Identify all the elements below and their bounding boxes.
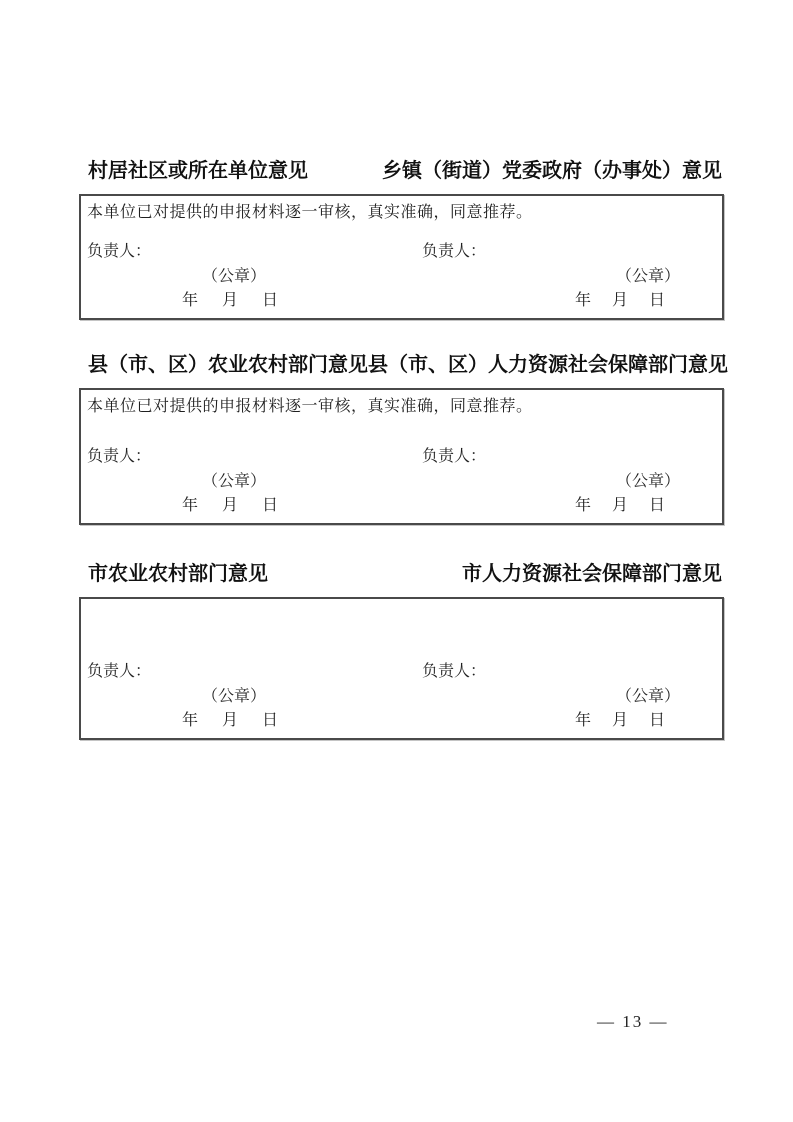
section-left-title: 县（市、区）农业农村部门意见 bbox=[88, 352, 368, 378]
section-headers: 市农业农村部门意见 市人力资源社会保障部门意见 bbox=[79, 561, 724, 587]
opinion-box: 本单位已对提供的申报材料逐一审核，真实准确，同意推荐。 负责人： 负责人： （公… bbox=[79, 388, 724, 525]
leader-label-right: 负责人： bbox=[422, 242, 486, 262]
leader-label-right: 负责人： bbox=[422, 662, 486, 682]
year-label: 年 bbox=[575, 496, 591, 516]
year-label: 年 bbox=[182, 496, 198, 516]
leader-label-left: 负责人： bbox=[87, 662, 151, 682]
leader-label-right: 负责人： bbox=[422, 447, 486, 467]
month-label: 月 bbox=[612, 496, 628, 516]
date-line-right: 年 月 日 bbox=[575, 291, 665, 311]
section-right-title: 乡镇（街道）党委政府（办事处）意见 bbox=[382, 158, 722, 184]
document-page: 村居社区或所在单位意见 乡镇（街道）党委政府（办事处）意见 本单位已对提供的申报… bbox=[0, 0, 793, 1122]
month-label: 月 bbox=[222, 711, 238, 731]
review-statement: 本单位已对提供的申报材料逐一审核，真实准确，同意推荐。 bbox=[87, 396, 716, 418]
page-number: — 13 — bbox=[597, 1012, 669, 1032]
opinion-section-village-township: 村居社区或所在单位意见 乡镇（街道）党委政府（办事处）意见 本单位已对提供的申报… bbox=[79, 158, 724, 320]
month-label: 月 bbox=[612, 711, 628, 731]
month-label: 月 bbox=[612, 291, 628, 311]
seal-label-right: （公章） bbox=[616, 267, 680, 287]
opinion-section-municipal: 市农业农村部门意见 市人力资源社会保障部门意见 负责人： 负责人： （公章） （… bbox=[79, 561, 724, 740]
section-right-title: 市人力资源社会保障部门意见 bbox=[462, 561, 722, 587]
section-left-title: 市农业农村部门意见 bbox=[88, 561, 268, 587]
seal-label-right: （公章） bbox=[616, 472, 680, 492]
month-label: 月 bbox=[222, 291, 238, 311]
section-left-title: 村居社区或所在单位意见 bbox=[88, 158, 308, 184]
date-line-right: 年 月 日 bbox=[575, 496, 665, 516]
section-headers: 县（市、区）农业农村部门意见 县（市、区）人力资源社会保障部门意见 bbox=[79, 352, 724, 378]
seal-label-left: （公章） bbox=[202, 687, 266, 707]
day-label: 日 bbox=[649, 496, 665, 516]
day-label: 日 bbox=[262, 496, 278, 516]
opinion-box: 负责人： 负责人： （公章） （公章） 年 月 日 年 月 日 bbox=[79, 597, 724, 740]
leader-label-left: 负责人： bbox=[87, 447, 151, 467]
opinion-box: 本单位已对提供的申报材料逐一审核，真实准确，同意推荐。 负责人： 负责人： （公… bbox=[79, 194, 724, 320]
day-label: 日 bbox=[262, 711, 278, 731]
date-line-left: 年 月 日 bbox=[182, 496, 278, 516]
section-right-title: 县（市、区）人力资源社会保障部门意见 bbox=[368, 352, 728, 378]
date-line-left: 年 月 日 bbox=[182, 291, 278, 311]
section-headers: 村居社区或所在单位意见 乡镇（街道）党委政府（办事处）意见 bbox=[79, 158, 724, 184]
review-statement: 本单位已对提供的申报材料逐一审核，真实准确，同意推荐。 bbox=[87, 202, 716, 224]
seal-label-right: （公章） bbox=[616, 687, 680, 707]
opinion-section-county: 县（市、区）农业农村部门意见 县（市、区）人力资源社会保障部门意见 本单位已对提… bbox=[79, 352, 724, 525]
date-line-right: 年 月 日 bbox=[575, 711, 665, 731]
day-label: 日 bbox=[649, 291, 665, 311]
year-label: 年 bbox=[575, 711, 591, 731]
month-label: 月 bbox=[222, 496, 238, 516]
day-label: 日 bbox=[649, 711, 665, 731]
seal-label-left: （公章） bbox=[202, 472, 266, 492]
leader-label-left: 负责人： bbox=[87, 242, 151, 262]
day-label: 日 bbox=[262, 291, 278, 311]
seal-label-left: （公章） bbox=[202, 267, 266, 287]
year-label: 年 bbox=[182, 291, 198, 311]
year-label: 年 bbox=[575, 291, 591, 311]
year-label: 年 bbox=[182, 711, 198, 731]
date-line-left: 年 月 日 bbox=[182, 711, 278, 731]
